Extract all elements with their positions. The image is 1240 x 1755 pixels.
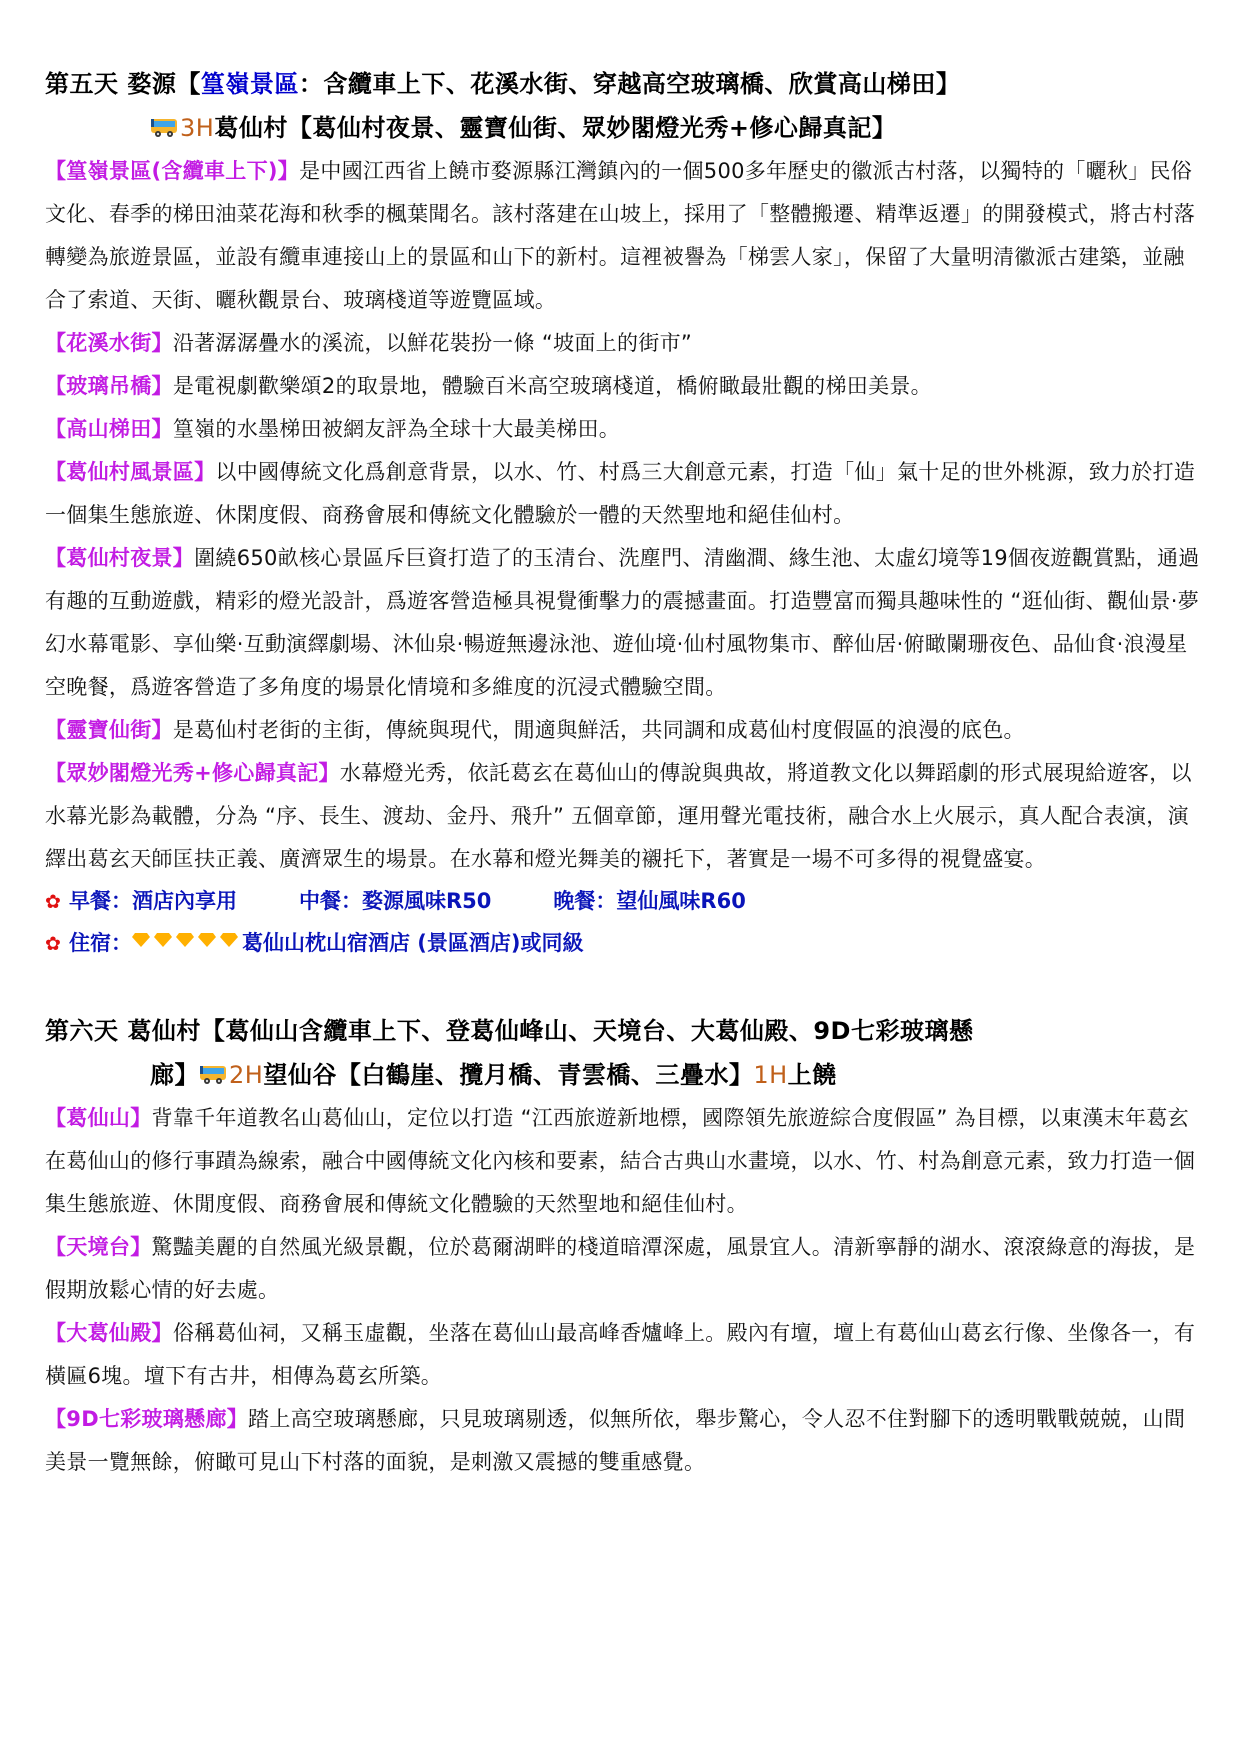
day6-transfer1-hours: 2H xyxy=(229,1061,263,1089)
day6-title-line2: 廊】 2H望仙谷【白鶴崖、攬月橋、青雲橋、三疊水】1H上饒 xyxy=(45,1053,1200,1097)
attraction-text: 沿著潺潺疊水的溪流，以鮮花裝扮一條 “坡面上的街市” xyxy=(173,331,692,355)
day5-paragraph: 【篁嶺景區(含纜車上下)】是中國江西省上饒市婺源縣江灣鎮內的一個500多年歷史的… xyxy=(45,150,1200,322)
day6-title-line1: 第六天 葛仙村【葛仙山含纜車上下、登葛仙峰山、天境台、大葛仙殿、9D七彩玻璃懸 xyxy=(45,1017,973,1045)
attraction-tag: 【眾妙閣燈光秀+修心歸真記】 xyxy=(45,761,340,785)
attraction-tag: 【葛仙山】 xyxy=(45,1106,152,1130)
lunch-info: 中餐：婺源風味R50 xyxy=(299,889,491,913)
day5-hotel: ✿住宿：葛仙山枕山宿酒店 (景區酒店)或同級 xyxy=(45,923,1200,965)
day5-meals: ✿早餐：酒店內享用中餐：婺源風味R50晚餐：望仙風味R60 xyxy=(45,881,1200,923)
day5-title-prefix: 第五天 婺源【 xyxy=(45,70,201,98)
day5-paragraph: 【眾妙閣燈光秀+修心歸真記】水幕燈光秀，依託葛玄在葛仙山的傳說與典故，將道教文化… xyxy=(45,752,1200,881)
day6-transfer2-hours: 1H xyxy=(753,1061,787,1089)
day6-paragraph: 【葛仙山】背靠千年道教名山葛仙山，定位以打造 “江西旅遊新地標，國際領先旅遊綜合… xyxy=(45,1097,1200,1226)
attraction-tag: 【高山梯田】 xyxy=(45,417,173,441)
day5-title-line2-text: 葛仙村【葛仙村夜景、靈寶仙街、眾妙閣燈光秀+修心歸真記】 xyxy=(214,114,896,142)
diamond-icon xyxy=(154,933,172,947)
day5-paragraph: 【葛仙村風景區】以中國傳統文化爲創意背景，以水、竹、村爲三大創意元素，打造「仙」… xyxy=(45,451,1200,537)
bus-icon xyxy=(150,117,178,139)
day6-title: 第六天 葛仙村【葛仙山含纜車上下、登葛仙峰山、天境台、大葛仙殿、9D七彩玻璃懸 … xyxy=(45,1009,1200,1097)
day5-title-rest: ：含纜車上下、花溪水街、穿越高空玻璃橋、欣賞高山梯田】 xyxy=(299,70,961,98)
hotel-label: 住宿： xyxy=(69,931,132,955)
attraction-text: 以中國傳統文化爲創意背景，以水、竹、村爲三大創意元素，打造「仙」氣十足的世外桃源… xyxy=(45,460,1195,527)
attraction-tag: 【玻璃吊橋】 xyxy=(45,374,173,398)
attraction-tag: 【大葛仙殿】 xyxy=(45,1321,173,1345)
attraction-tag: 【篁嶺景區(含纜車上下)】 xyxy=(45,159,299,183)
day5-transfer-hours: 3H xyxy=(180,114,214,142)
attraction-tag: 【靈寶仙街】 xyxy=(45,718,173,742)
day6-paragraph: 【天境台】驚豔美麗的自然風光級景觀，位於葛爾湖畔的棧道暗潭深處，風景宜人。清新寧… xyxy=(45,1226,1200,1312)
diamond-icon xyxy=(198,933,216,947)
breakfast-info: 早餐：酒店內享用 xyxy=(69,889,237,913)
day6-title-line2-a: 廊】 xyxy=(150,1061,199,1089)
diamond-icon xyxy=(220,933,238,947)
bus-icon xyxy=(199,1064,227,1086)
diamond-icon xyxy=(132,933,150,947)
attraction-tag: 【花溪水街】 xyxy=(45,331,173,355)
day5-title-line2: 3H葛仙村【葛仙村夜景、靈寶仙街、眾妙閣燈光秀+修心歸真記】 xyxy=(45,106,1200,150)
attraction-tag: 【葛仙村夜景】 xyxy=(45,546,194,570)
attraction-text: 俗稱葛仙祠，又稱玉虛觀，坐落在葛仙山最高峰香爐峰上。殿內有壇，壇上有葛仙山葛玄行… xyxy=(45,1321,1195,1388)
day5-title-highlight: 篁嶺景區 xyxy=(201,70,299,98)
attraction-tag: 【葛仙村風景區】 xyxy=(45,460,215,484)
attraction-text: 篁嶺的水墨梯田被網友評為全球十大最美梯田。 xyxy=(173,417,620,441)
day5-paragraph: 【靈寶仙街】是葛仙村老街的主街，傳統與現代，閒適與鮮活，共同調和成葛仙村度假區的… xyxy=(45,709,1200,752)
hotel-name: 葛仙山枕山宿酒店 (景區酒店)或同級 xyxy=(242,931,584,955)
attraction-text: 圍繞650畝核心景區斥巨資打造了的玉清台、洗塵門、清幽澗、緣生池、太虛幻境等19… xyxy=(45,546,1200,699)
hotel-rating xyxy=(132,931,242,955)
day5-paragraph: 【高山梯田】篁嶺的水墨梯田被網友評為全球十大最美梯田。 xyxy=(45,408,1200,451)
attraction-text: 驚豔美麗的自然風光級景觀，位於葛爾湖畔的棧道暗潭深處，風景宜人。清新寧靜的湖水、… xyxy=(45,1235,1195,1302)
day6-paragraph: 【大葛仙殿】俗稱葛仙祠，又稱玉虛觀，坐落在葛仙山最高峰香爐峰上。殿內有壇，壇上有… xyxy=(45,1312,1200,1398)
dinner-info: 晚餐：望仙風味R60 xyxy=(553,889,745,913)
day6-paragraph: 【9D七彩玻璃懸廊】踏上高空玻璃懸廊，只見玻璃剔透，似無所依，舉步驚心，令人忍不… xyxy=(45,1398,1200,1484)
attraction-text: 是電視劇歡樂頌2的取景地，體驗百米高空玻璃棧道，橋俯瞰最壯觀的梯田美景。 xyxy=(173,374,932,398)
attraction-text: 背靠千年道教名山葛仙山，定位以打造 “江西旅遊新地標，國際領先旅遊綜合度假區” … xyxy=(45,1106,1195,1216)
day5-title: 第五天 婺源【篁嶺景區：含纜車上下、花溪水街、穿越高空玻璃橋、欣賞高山梯田】 3… xyxy=(45,62,1200,150)
diamond-icon xyxy=(176,933,194,947)
day6-title-line2-b: 望仙谷【白鶴崖、攬月橋、青雲橋、三疊水】 xyxy=(263,1061,753,1089)
itinerary-page: 第五天 婺源【篁嶺景區：含纜車上下、花溪水街、穿越高空玻璃橋、欣賞高山梯田】 3… xyxy=(45,62,1200,1484)
day6-title-line2-c: 上饒 xyxy=(788,1061,837,1089)
flower-icon: ✿ xyxy=(45,882,69,923)
attraction-tag: 【天境台】 xyxy=(45,1235,152,1259)
day5-paragraph: 【葛仙村夜景】圍繞650畝核心景區斥巨資打造了的玉清台、洗塵門、清幽澗、緣生池、… xyxy=(45,537,1200,709)
attraction-tag: 【9D七彩玻璃懸廊】 xyxy=(45,1407,248,1431)
day5-paragraph: 【花溪水街】沿著潺潺疊水的溪流，以鮮花裝扮一條 “坡面上的街市” xyxy=(45,322,1200,365)
flower-icon: ✿ xyxy=(45,924,69,965)
day5-paragraph: 【玻璃吊橋】是電視劇歡樂頌2的取景地，體驗百米高空玻璃棧道，橋俯瞰最壯觀的梯田美… xyxy=(45,365,1200,408)
attraction-text: 是葛仙村老街的主街，傳統與現代，閒適與鮮活，共同調和成葛仙村度假區的浪漫的底色。 xyxy=(173,718,1025,742)
